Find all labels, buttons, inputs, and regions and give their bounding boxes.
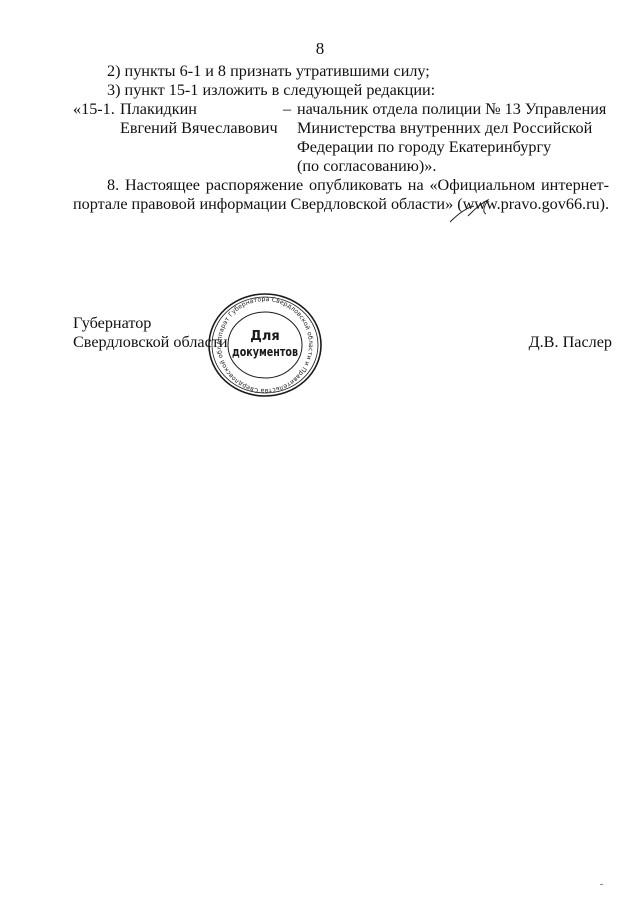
stamp-center-line-1: Для bbox=[250, 329, 279, 344]
entry-position-line: Министерства внутренних дел Российской bbox=[297, 119, 592, 138]
paragraph-8-line-1: 8. Настоящее распоряжение опубликовать н… bbox=[107, 176, 609, 195]
entry-position-line: начальник отдела полиции № 13 Управления bbox=[297, 100, 606, 119]
official-stamp: Аппарат Губернатора Свердловской области… bbox=[206, 291, 324, 399]
entry-surname: Плакидкин bbox=[120, 100, 197, 119]
entry-dash: – bbox=[283, 100, 291, 119]
scan-artifact bbox=[600, 884, 603, 885]
entry-position-line: Федерации по городу Екатеринбургу bbox=[297, 138, 551, 157]
entry-position-line: (по согласованию)». bbox=[297, 157, 436, 176]
signature-title-line-2: Свердловской области bbox=[73, 333, 228, 352]
page-number: 8 bbox=[0, 39, 640, 59]
stamp-center-line-2: документов bbox=[232, 345, 298, 359]
paragraph-8-line-2: портале правовой информации Свердловской… bbox=[73, 195, 609, 214]
entry-number: «15-1. bbox=[73, 100, 115, 119]
signature-name: Д.В. Паслер bbox=[529, 333, 612, 352]
list-item-3: 3) пункт 15-1 изложить в следующей редак… bbox=[107, 81, 435, 100]
signature-title-line-1: Губернатор bbox=[73, 314, 151, 333]
list-item-2: 2) пункты 6-1 и 8 признать утратившими с… bbox=[107, 62, 430, 81]
entry-given-names: Евгений Вячеславович bbox=[120, 119, 278, 138]
pen-mark-icon bbox=[448, 196, 496, 226]
stamp-seal-icon: Аппарат Губернатора Свердловской области… bbox=[206, 291, 324, 399]
